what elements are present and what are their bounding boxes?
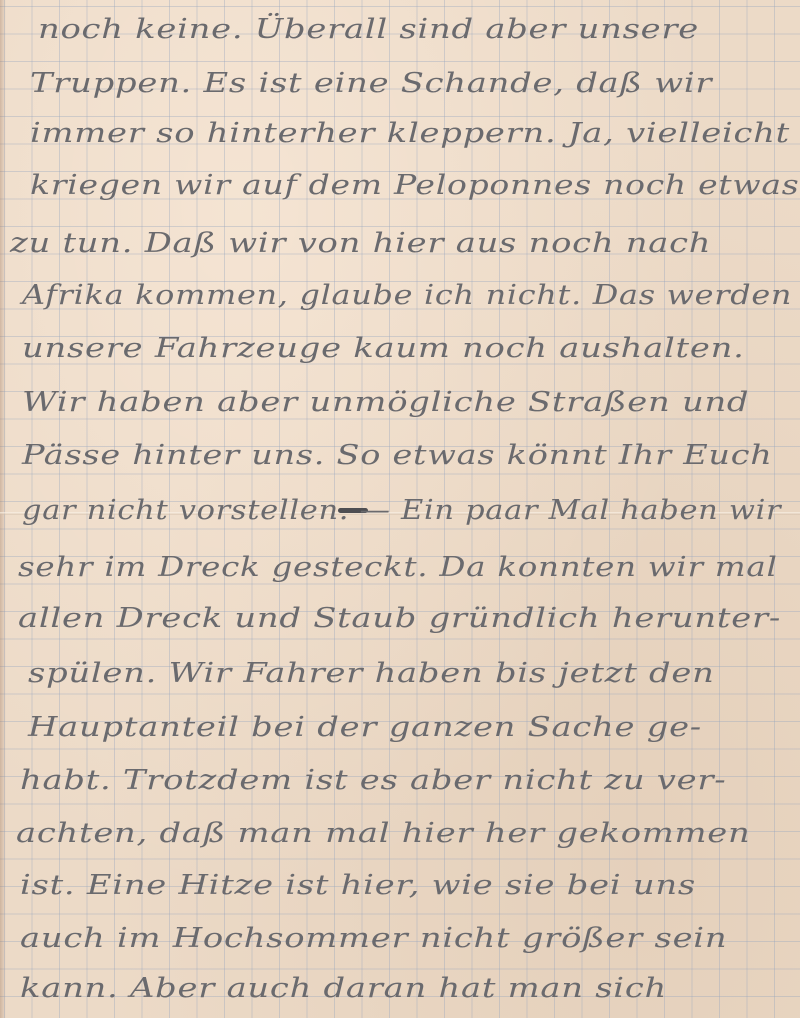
handwritten-line-15: habt. Trotzdem ist es aber nicht zu ver- — [20, 765, 726, 796]
handwritten-line-2: Truppen. Es ist eine Schande, daß wir — [30, 68, 712, 99]
handwritten-line-5: zu tun. Daß wir von hier aus noch nach — [10, 228, 711, 259]
handwritten-line-19: kann. Aber auch daran hat man sich — [20, 973, 667, 1004]
handwritten-line-11: sehr im Dreck gesteckt. Da konnten wir m… — [18, 552, 778, 583]
handwritten-line-13: spülen. Wir Fahrer haben bis jetzt den — [28, 658, 715, 689]
handwritten-line-4: kriegen wir auf dem Peloponnes noch etwa… — [30, 170, 799, 201]
handwritten-line-8: Wir haben aber unmögliche Straßen und — [22, 387, 749, 418]
handwritten-line-10: gar nicht vorstellen. — Ein paar Mal hab… — [22, 495, 781, 526]
letter-page: noch keine. Überall sind aber unsere Tru… — [0, 0, 800, 1018]
handwritten-line-17: ist. Eine Hitze ist hier, wie sie bei un… — [20, 870, 696, 901]
paper-left-edge — [0, 0, 6, 1018]
handwritten-line-14: Hauptanteil bei der ganzen Sache ge- — [28, 712, 702, 743]
handwritten-line-16: achten, daß man mal hier her gekommen — [16, 818, 750, 849]
handwritten-line-6: Afrika kommen, glaube ich nicht. Das wer… — [22, 280, 792, 311]
handwritten-line-3: immer so hinterher kleppern. Ja, viellei… — [30, 118, 790, 149]
handwritten-line-9: Pässe hinter uns. So etwas könnt Ihr Euc… — [22, 440, 773, 471]
handwritten-line-12: allen Dreck und Staub gründlich herunter… — [18, 603, 781, 634]
handwritten-line-1: noch keine. Überall sind aber unsere — [38, 14, 699, 45]
handwritten-line-7: unsere Fahrzeuge kaum noch aushalten. — [22, 333, 745, 364]
handwritten-line-18: auch im Hochsommer nicht größer sein — [20, 923, 727, 954]
